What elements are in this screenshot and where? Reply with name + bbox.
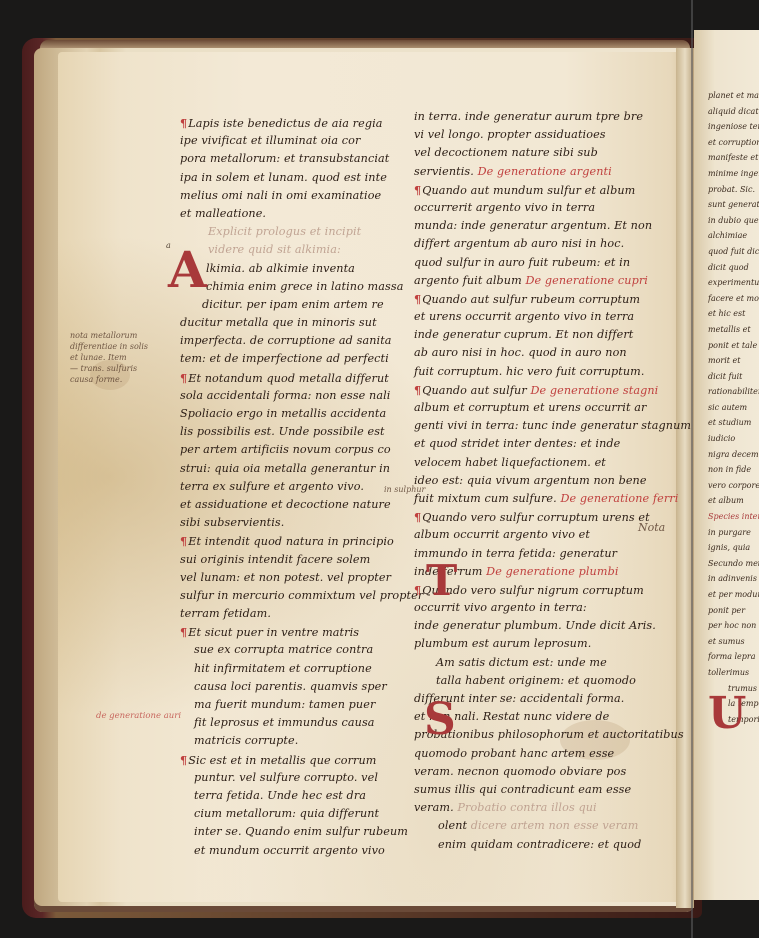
text-line: et quod stridet inter dentes: et inde bbox=[414, 435, 674, 453]
text-line: lkimia. ab alkimie inventa bbox=[180, 260, 400, 278]
text-line: velocem habet liquefactionem. et bbox=[414, 454, 674, 472]
text-line: ¶Et sicut puer in ventre matris bbox=[180, 623, 400, 641]
text-line: munda: inde generatur argentum. Et non bbox=[414, 217, 674, 235]
text-line: sulfur in mercurio commixtum vel propter bbox=[180, 587, 400, 605]
text-line: olent dicere artem non esse veram bbox=[414, 817, 674, 835]
text-line: et mundum occurrit argento vivo bbox=[180, 842, 400, 860]
text-line: inde generatur plumbum. Unde dicit Aris. bbox=[414, 617, 674, 635]
text-line: ma fuerit mundum: tamen puer bbox=[180, 696, 400, 714]
guide-letter: a bbox=[166, 240, 171, 251]
pilcrow-icon: ¶ bbox=[414, 183, 421, 197]
text-line: ¶Quando aut sulfur De generatione stagni bbox=[414, 381, 674, 399]
text-line: fit leprosus et immundus causa bbox=[180, 714, 400, 732]
text-line: strui: quia oia metalla generantur in bbox=[180, 460, 400, 478]
facing-page-text: planet et mane aliquid dicat ingeniose t… bbox=[708, 88, 759, 727]
marginal-annotation: nota metallorum differentiae in solis et… bbox=[70, 330, 148, 385]
text-line: servientis. De generatione argenti bbox=[414, 163, 674, 181]
text-line: album et corruptum et urens occurrit ar bbox=[414, 399, 674, 417]
text-line: hit infirmitatem et corruptione bbox=[180, 660, 400, 678]
text-line: veram. Probatio contra illos qui bbox=[414, 799, 674, 817]
text-line: ipe vivificat et illuminat oia cor bbox=[180, 132, 400, 150]
text-line: in terra. inde generatur aurum tpre bre bbox=[414, 108, 674, 126]
text-line: chimia enim grece in latino massa bbox=[180, 278, 400, 296]
text-line: per artem artificiis novum corpus co bbox=[180, 441, 400, 459]
pilcrow-icon: ¶ bbox=[180, 116, 187, 130]
text-line: veram. necnon quomodo obviare pos bbox=[414, 763, 674, 781]
nota-mark: Nota bbox=[638, 522, 665, 533]
text-line: sibi subservientis. bbox=[180, 514, 400, 532]
decorated-initial-t: T bbox=[426, 556, 457, 605]
text-line: fuit mixtum cum sulfure. De generatione … bbox=[414, 490, 674, 508]
marginal-rubric-note: de generatione auri bbox=[96, 711, 181, 722]
text-line: dicitur. per ipam enim artem re bbox=[180, 296, 400, 314]
faint-rubric: videre quid sit alkimia: bbox=[180, 241, 400, 259]
text-line: pora metallorum: et transubstanciat bbox=[180, 150, 400, 168]
text-line: ¶Quando vero sulfur corruptum urens et bbox=[414, 508, 674, 526]
text-line: ¶Et notandum quod metalla differut bbox=[180, 369, 400, 387]
text-line: matricis corrupte. bbox=[180, 732, 400, 750]
text-line: et assiduatione et decoctione nature bbox=[180, 496, 400, 514]
text-line: et urens occurrit argento vivo in terra bbox=[414, 308, 674, 326]
text-line: ¶Sic est et in metallis que corrum bbox=[180, 751, 400, 769]
pilcrow-icon: ¶ bbox=[180, 534, 187, 548]
text-line: vel decoctionem nature sibi sub bbox=[414, 144, 674, 162]
text-line: terram fetidam. bbox=[180, 605, 400, 623]
pilcrow-icon: ¶ bbox=[414, 583, 421, 597]
text-line: sui originis intendit facere solem bbox=[180, 551, 400, 569]
text-line: differt argentum ab auro nisi in hoc. bbox=[414, 235, 674, 253]
text-line: lis possibilis est. Unde possibile est bbox=[180, 423, 400, 441]
text-line: ab auro nisi in hoc. quod in auro non bbox=[414, 344, 674, 362]
pilcrow-icon: ¶ bbox=[414, 510, 421, 524]
text-line: occurrerit argento vivo in terra bbox=[414, 199, 674, 217]
rubric-heading: De generatione ferri bbox=[560, 492, 678, 505]
text-line: vel lunam: et non potest. vel propter bbox=[180, 569, 400, 587]
text-line: causa loci parentis. quamvis sper bbox=[180, 678, 400, 696]
text-line: ¶Et intendit quod natura in principio bbox=[180, 532, 400, 550]
text-line: ideo est: quia vivum argentum non bene bbox=[414, 472, 674, 490]
text-line: sue ex corrupta matrice contra bbox=[180, 641, 400, 659]
text-line: cium metallorum: quia differunt bbox=[180, 805, 400, 823]
text-line: ¶Quando aut mundum sulfur et album bbox=[414, 181, 674, 199]
text-line: enim quidam contradicere: et quod bbox=[414, 836, 674, 854]
text-line: melius omi nali in omi examinatioe bbox=[180, 187, 400, 205]
text-line: quod sulfur in auro fuit rubeum: et in bbox=[414, 254, 674, 272]
text-line: Spoliacio ergo in metallis accidenta bbox=[180, 405, 400, 423]
left-text-column: ¶Lapis iste benedictus de aia regia ipe … bbox=[180, 114, 400, 860]
text-line: ducitur metalla que in minoris sut bbox=[180, 314, 400, 332]
text-line: argento fuit album De generatione cupri bbox=[414, 272, 674, 290]
rubric-heading: De generatione cupri bbox=[525, 274, 648, 287]
text-line: terra fetida. Unde hec est dra bbox=[180, 787, 400, 805]
text-line: inter se. Quando enim sulfur rubeum bbox=[180, 823, 400, 841]
text-line: plumbum est aurum leprosum. bbox=[414, 635, 674, 653]
rubric-heading: De generatione stagni bbox=[530, 384, 658, 397]
rubric-heading: De generatione plumbi bbox=[486, 565, 618, 578]
rubric-heading: De generatione argenti bbox=[478, 165, 612, 178]
text-line: ipa in solem et lunam. quod est inte bbox=[180, 169, 400, 187]
pilcrow-icon: ¶ bbox=[180, 371, 187, 385]
decorated-initial-s: S bbox=[424, 694, 456, 745]
text-line: ¶Lapis iste benedictus de aia regia bbox=[180, 114, 400, 132]
faint-rubric: dicere artem non esse veram bbox=[471, 819, 639, 832]
pilcrow-icon: ¶ bbox=[180, 753, 187, 767]
interlinear-note: in sulphur bbox=[384, 484, 425, 495]
pilcrow-icon: ¶ bbox=[180, 625, 187, 639]
text-line: puntur. vel sulfure corrupto. vel bbox=[180, 769, 400, 787]
text-line: sola accidentali forma: non esse nali bbox=[180, 387, 400, 405]
text-line: genti vivi in terra: tunc inde generatur… bbox=[414, 417, 674, 435]
pilcrow-icon: ¶ bbox=[414, 292, 421, 306]
text-line: quomodo probant hanc artem esse bbox=[414, 745, 674, 763]
text-line: et malleatione. bbox=[180, 205, 400, 223]
text-line: inde generatur cuprum. Et non differt bbox=[414, 326, 674, 344]
text-line: sumus illis qui contradicunt eam esse bbox=[414, 781, 674, 799]
text-line: vi vel longo. propter assiduatioes bbox=[414, 126, 674, 144]
text-line: terra ex sulfure et argento vivo. bbox=[180, 478, 400, 496]
text-line: tem: et de imperfectione ad perfecti bbox=[180, 350, 400, 368]
spine-line bbox=[691, 0, 693, 938]
text-line: talla habent originem: et quomodo bbox=[414, 672, 674, 690]
pilcrow-icon: ¶ bbox=[414, 383, 421, 397]
text-line: Am satis dictum est: unde me bbox=[414, 654, 674, 672]
faint-rubric: Explicit prologus et incipit bbox=[180, 223, 400, 241]
text-line: ¶Quando aut sulfur rubeum corruptum bbox=[414, 290, 674, 308]
text-line: imperfecta. de corruptione ad sanita bbox=[180, 332, 400, 350]
decorated-initial-a: A bbox=[168, 240, 207, 299]
faint-rubric: Probatio contra illos qui bbox=[457, 801, 596, 814]
text-line: album occurrit argento vivo et bbox=[414, 526, 674, 544]
facing-page-initial: U bbox=[708, 688, 746, 739]
text-line: fuit corruptum. hic vero fuit corruptum. bbox=[414, 363, 674, 381]
